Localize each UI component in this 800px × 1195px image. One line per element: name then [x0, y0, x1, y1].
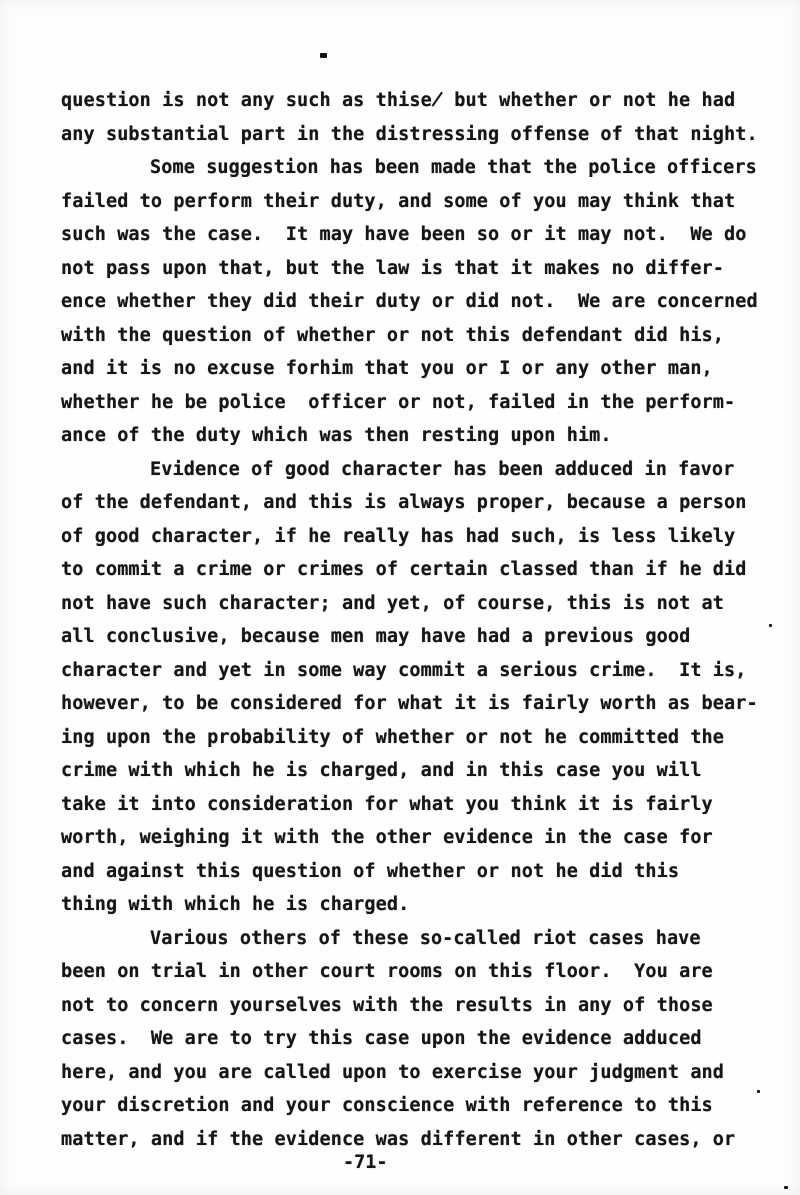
text-line: question is not any such as thise̸ but w… [61, 84, 761, 118]
text-line: not have such character; and yet, of cou… [61, 587, 761, 621]
text-line: cases. We are to try this case upon the … [61, 1022, 761, 1056]
text-line: been on trial in other court rooms on th… [61, 955, 761, 989]
text-line: Evidence of good character has been addu… [61, 453, 761, 487]
text-line: Some suggestion has been made that the p… [61, 151, 761, 185]
ink-speck [769, 624, 772, 627]
text-line: such was the case. It may have been so o… [61, 218, 761, 252]
document-page: question is not any such as thise̸ but w… [0, 0, 800, 1195]
text-line: thing with which he is charged. [61, 888, 761, 922]
text-line: character and yet in some way commit a s… [61, 654, 761, 688]
text-line: and it is no excuse forhim that you or I… [61, 352, 761, 386]
text-line: ing upon the probability of whether or n… [61, 721, 761, 755]
text-line: any substantial part in the distressing … [61, 118, 761, 152]
text-line: ance of the duty which was then resting … [61, 419, 761, 453]
text-line: here, and you are called upon to exercis… [61, 1056, 761, 1090]
ink-speck [320, 53, 327, 58]
text-line: and against this question of whether or … [61, 855, 761, 889]
text-line: Various others of these so-called riot c… [61, 922, 761, 956]
text-line: with the question of whether or not this… [61, 319, 761, 353]
text-line: worth, weighing it with the other eviden… [61, 821, 761, 855]
text-line: crime with which he is charged, and in t… [61, 754, 761, 788]
text-line: matter, and if the evidence was differen… [61, 1123, 761, 1157]
text-line: take it into consideration for what you … [61, 788, 761, 822]
text-line: failed to perform their duty, and some o… [61, 185, 761, 219]
text-line: to commit a crime or crimes of certain c… [61, 553, 761, 587]
page-number: -71- [343, 1148, 388, 1178]
text-line: ence whether they did their duty or did … [61, 285, 761, 319]
text-line: all conclusive, because men may have had… [61, 620, 761, 654]
typewritten-text-block: question is not any such as thise̸ but w… [61, 84, 761, 1156]
text-line: of good character, if he really has had … [61, 520, 761, 554]
text-line: not to concern yourselves with the resul… [61, 989, 761, 1023]
text-line: however, to be considered for what it is… [61, 687, 761, 721]
ink-speck [784, 1186, 788, 1189]
text-line: of the defendant, and this is always pro… [61, 486, 761, 520]
text-line: your discretion and your conscience with… [61, 1089, 761, 1123]
text-line: not pass upon that, but the law is that … [61, 252, 761, 286]
text-line: whether he be police officer or not, fai… [61, 386, 761, 420]
